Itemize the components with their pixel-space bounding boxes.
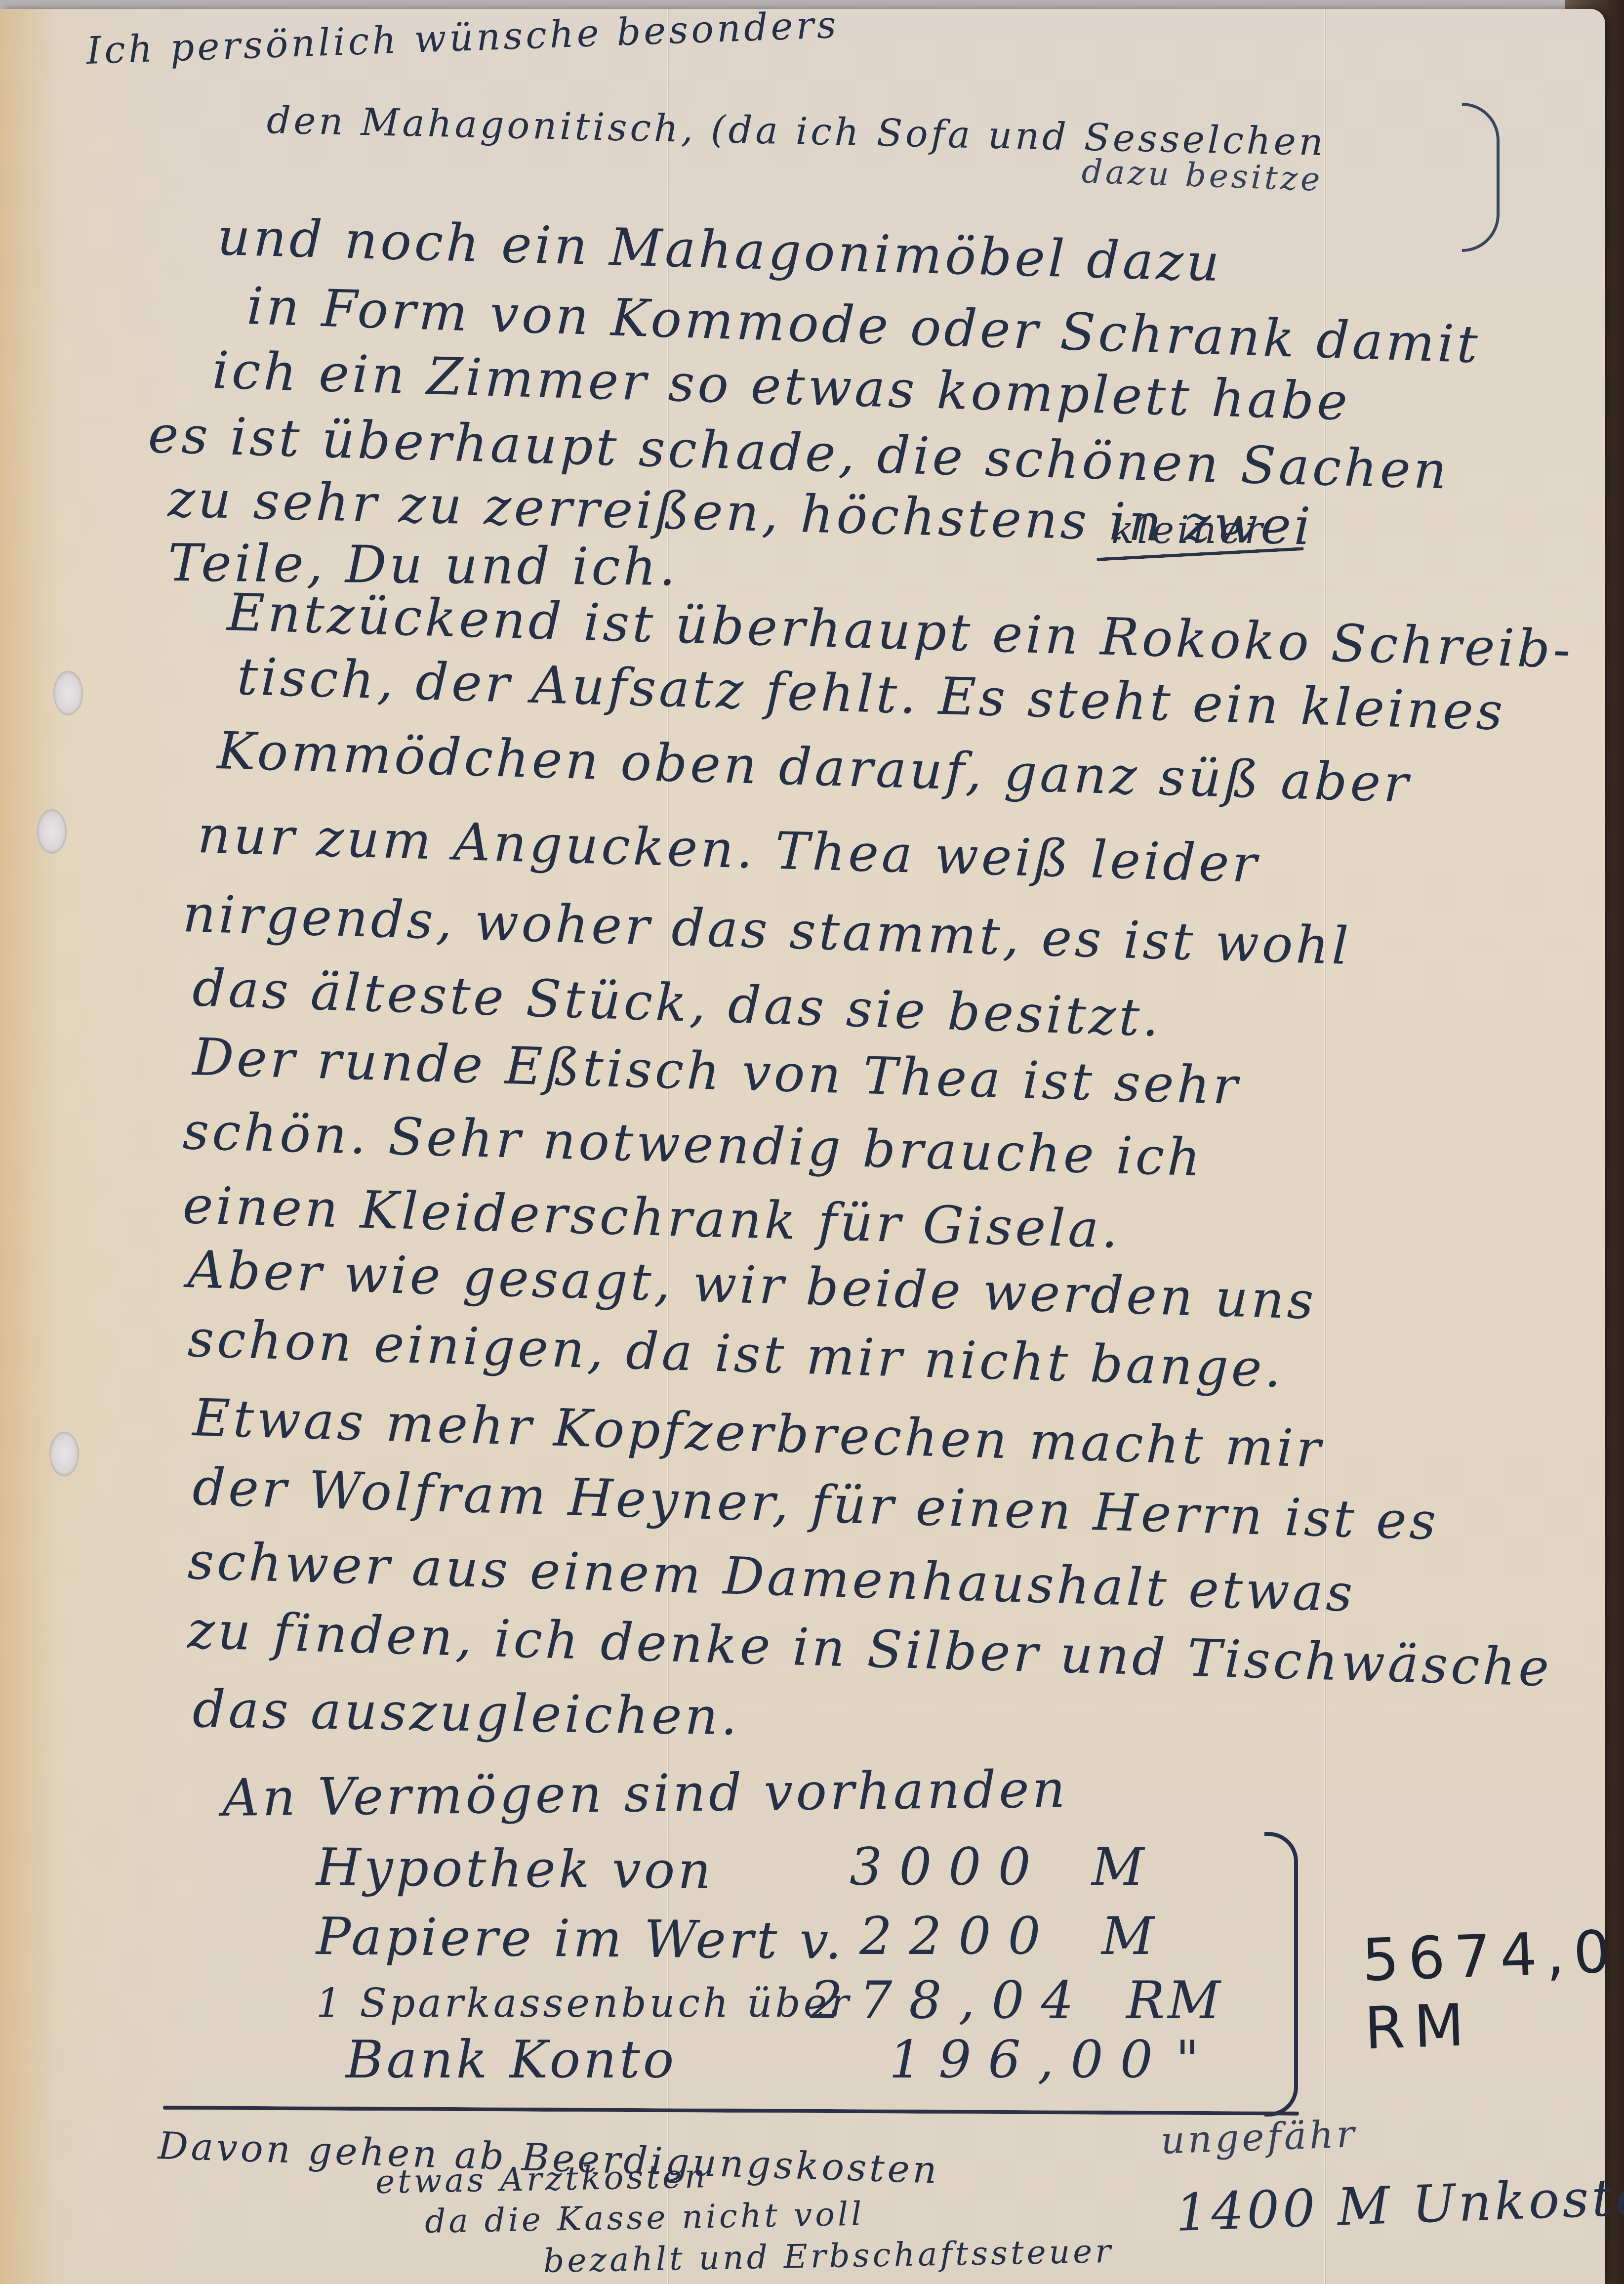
punch-hole bbox=[37, 809, 67, 854]
asset-amount: 2200 bbox=[859, 1906, 1057, 1966]
asset-amount: 3000 bbox=[850, 1837, 1048, 1897]
asset-amount: 278,04 bbox=[810, 1970, 1091, 2031]
asset-label: Bank Konto bbox=[346, 2030, 677, 2090]
asset-amount: 196,00 bbox=[889, 2030, 1170, 2090]
footer-aside-amount: 1400 M Unkosten bbox=[1175, 2165, 1624, 2243]
section-divider bbox=[163, 2106, 1299, 2116]
asset-label: Hypothek von bbox=[316, 1837, 714, 1901]
footer-note: bezahlt und Erbschaftssteuer bbox=[543, 2232, 1114, 2280]
asset-unit: M bbox=[1092, 1837, 1147, 1897]
letter-line-insertion: kleiner bbox=[1111, 508, 1265, 552]
asset-unit: M bbox=[1101, 1906, 1157, 1966]
footer-aside: ungefähr bbox=[1160, 2112, 1358, 2162]
closing-parenthesis bbox=[1462, 103, 1500, 252]
letter-line: den Mahagonitisch, (da ich Sofa und Sess… bbox=[266, 98, 1326, 164]
letter-line-insertion: dazu besitze bbox=[1081, 152, 1324, 199]
letter-page: Ich persönlich wünsche besonders den Mah… bbox=[0, 9, 1605, 2284]
footer-note: da die Kasse nicht voll bbox=[424, 2195, 864, 2241]
punch-hole bbox=[53, 671, 83, 715]
letter-line: nur zum Angucken. Thea weiß leider bbox=[197, 804, 1260, 894]
footer-note: etwas Arztkosten bbox=[375, 2157, 709, 2201]
asset-label: Papiere im Wert v. bbox=[316, 1906, 845, 1971]
letter-line: Ich persönlich wünsche besonders bbox=[85, 2, 840, 73]
letter-line: schön. Sehr notwendig brauche ich bbox=[182, 1101, 1204, 1188]
letter-line: Kommödchen oben darauf, ganz süß aber bbox=[216, 720, 1412, 814]
asset-unit: RM bbox=[1126, 1970, 1223, 2031]
asset-unit: " bbox=[1176, 2030, 1202, 2090]
assets-bracket bbox=[1264, 1832, 1298, 2117]
asset-label: 1 Sparkassenbuch über bbox=[316, 1980, 852, 2026]
letter-line: das auszugleichen. bbox=[192, 1679, 740, 1746]
assets-total: 5674,04 RM bbox=[1361, 1915, 1624, 2062]
assets-heading: An Vermögen sind vorhanden bbox=[222, 1759, 1068, 1828]
punch-hole bbox=[49, 1432, 79, 1476]
